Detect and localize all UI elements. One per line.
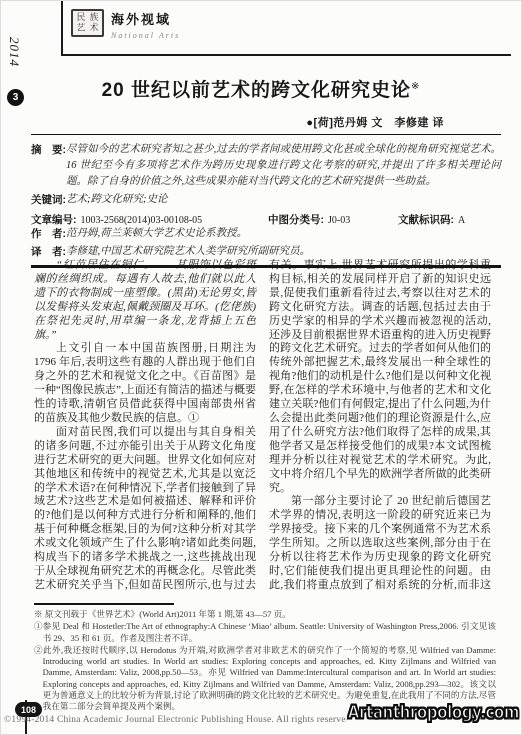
abstract-text: 尽管如今的艺术研究者知之甚少,过去的学者间或使用跨文化甚或全球化的视角研究视觉艺… [66, 142, 501, 190]
author-bio-row: 作 者: 范丹姆,荷兰莱顿大学艺术史论系教授。 [31, 226, 501, 242]
journal-seal-icon: 民族 艺术 [71, 9, 104, 37]
abstract-row: 摘 要: 尽管如今的艺术研究者知之甚少,过去的学者间或使用跨文化甚或全球化的视角… [31, 142, 501, 190]
abstract-label: 摘 要: [31, 142, 66, 190]
article-number-label: 文章编号: [31, 214, 77, 226]
doc-code-value: A [458, 215, 465, 226]
article-title: 20 世纪以前艺术的跨文化研究史论※ [1, 75, 521, 102]
clc-value: J0-03 [328, 215, 350, 226]
translator-bio-text: 李修建,中国艺术研究院艺术人类学研究所副研究员。 [66, 244, 310, 260]
translator-bio-label: 译 者: [31, 244, 66, 260]
author-bio-label: 作 者: [31, 226, 66, 242]
front-matter: 摘 要: 尽管如今的艺术研究者知之甚少,过去的学者间或使用跨文化甚或全球化的视角… [31, 134, 501, 268]
section-titles: 海外视域 National Arts [111, 9, 180, 40]
article-title-text: 20 世纪以前艺术的跨文化研究史论 [102, 80, 411, 101]
translator-bio-row: 译 者: 李修建,中国艺术研究院艺术人类学研究所副研究员。 [31, 244, 501, 260]
section-header: 民族 艺术 海外视域 National Arts [71, 9, 180, 40]
doc-code-label: 文献标识码: [398, 214, 454, 226]
page-number-badge: 108 [15, 702, 42, 717]
journal-page: 2014 3 民族 艺术 海外视域 National Arts 20 世纪以前艺… [0, 0, 522, 735]
article-number-value: 1003-2568(2014)03-00108-05 [81, 215, 203, 226]
body-paragraph-2: 上文引自一本中国苗族图册,日期注为 1796 年后,表明这些有趣的人群出现于他们… [34, 342, 256, 425]
author-bio-text: 范丹姆,荷兰莱顿大学艺术史论系教授。 [66, 226, 247, 242]
section-title-cn: 海外视域 [111, 9, 180, 28]
author-byline: ●[荷]范丹姆 文 李修建 译 [306, 114, 444, 130]
body-paragraph-quote: “红苗居住在铜仁。……其服饰以色彩斑斓的丝绸织成。每遇有人故去,他们就以此人遗下… [34, 259, 256, 342]
footnote-separator-rule [34, 603, 174, 605]
footnote-star: ※ 原文刊载于《世界艺术》(World Art)2011 年第 1 期,第 43… [34, 609, 496, 620]
header-vertical-rule [61, 1, 63, 55]
article-body: “红苗居住在铜仁。……其服饰以色彩斑斓的丝绸织成。每遇有人故去,他们就以此人遗下… [34, 259, 491, 601]
copyright-line: ©1994-2014 China Academic Journal Electr… [4, 715, 374, 725]
section-title-en: National Arts [111, 31, 180, 40]
meta-row: 文章编号: 1003-2568(2014)03-00108-05 中图分类号: … [31, 210, 501, 226]
header-horizontal-rule [61, 54, 511, 56]
keywords-label: 关键词: [31, 192, 66, 208]
footnote-1: ①参见 Deal 和 Hostetler:The Art of ethnogra… [34, 621, 496, 644]
site-logo: Artanthropology.com [347, 701, 521, 724]
keywords-row: 关键词: 艺术;跨文化研究;史论 [31, 192, 501, 208]
footnotes: ※ 原文刊载于《世界艺术》(World Art)2011 年第 1 期,第 43… [34, 609, 496, 714]
keywords-text: 艺术;跨文化研究;史论 [66, 192, 168, 208]
clc-label: 中图分类号: [268, 214, 324, 226]
title-footnote-mark: ※ [411, 81, 420, 92]
